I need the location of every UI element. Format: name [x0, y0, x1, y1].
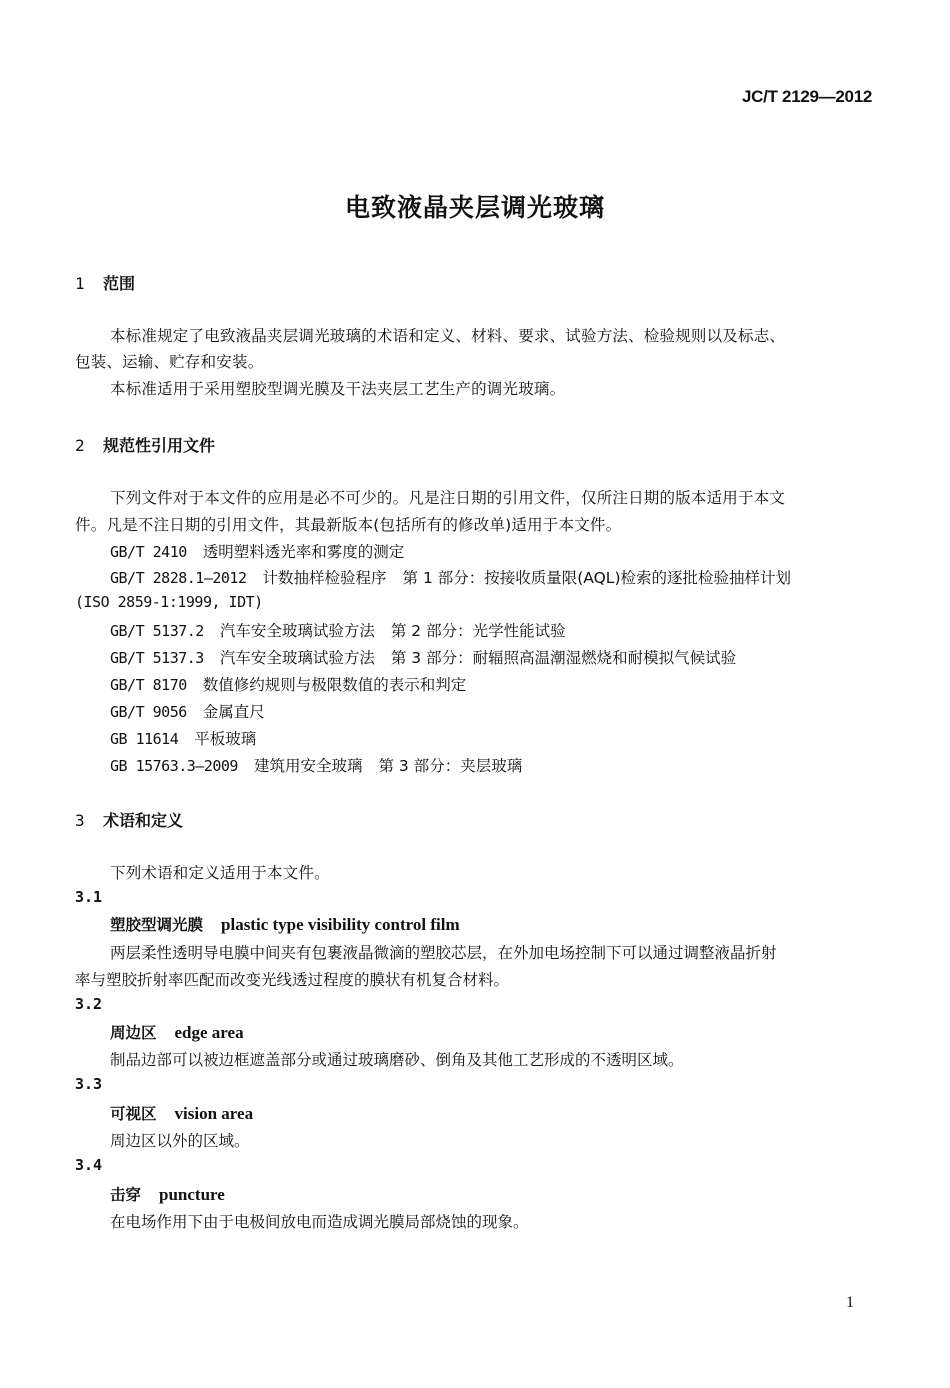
term-zh: 塑胶型调光膜 [110, 916, 203, 934]
reference-title: 数值修约规则与极限数值的表示和判定 [203, 676, 467, 694]
reference-part: 第 3 部分：夹层玻璃 [378, 757, 522, 775]
reference-item: GB 11614平板玻璃 [110, 727, 256, 749]
section-title: 术语和定义 [103, 811, 183, 830]
term-heading: 周边区edge area [110, 1021, 244, 1043]
term-en: edge area [175, 1023, 244, 1042]
reference-part: 第 2 部分：光学性能试验 [391, 622, 566, 640]
reference-item: GB/T 2410透明塑料透光率和雾度的测定 [110, 540, 404, 562]
reference-title: 平板玻璃 [194, 730, 256, 748]
section-number: 2 [75, 436, 103, 455]
reference-title: 建筑用安全玻璃 [254, 757, 363, 775]
reference-code: GB/T 5137.3 [110, 649, 204, 667]
term-definition: 制品边部可以被边框遮盖部分或通过玻璃磨砂、倒角及其他工艺形成的不透明区域。 [110, 1048, 684, 1070]
clause-number: 3.1 [75, 888, 102, 906]
term-heading: 击穿puncture [110, 1183, 225, 1205]
terms-intro: 下列术语和定义适用于本文件。 [110, 861, 330, 883]
reference-item: GB/T 8170数值修约规则与极限数值的表示和判定 [110, 673, 466, 695]
section-title: 规范性引用文件 [103, 436, 215, 455]
reference-title: 汽车安全玻璃试验方法 [220, 622, 375, 640]
reference-code: GB 11614 [110, 730, 178, 748]
term-definition-continued: 率与塑胶折射率匹配而改变光线透过程度的膜状有机复合材料。 [75, 968, 509, 990]
reference-item: GB/T 9056金属直尺 [110, 700, 265, 722]
term-definition: 周边区以外的区域。 [110, 1129, 250, 1151]
reference-continuation: (ISO 2859-1:1999, IDT) [75, 593, 263, 611]
section-number: 3 [75, 811, 103, 830]
term-definition: 两层柔性透明导电膜中间夹有包裹液晶微滴的塑胶芯层，在外加电场控制下可以通过调整液… [110, 941, 777, 963]
term-en: puncture [159, 1185, 225, 1204]
standard-code: JC/T 2129—2012 [742, 87, 872, 107]
clause-number: 3.3 [75, 1075, 102, 1093]
clause-number: 3.4 [75, 1156, 102, 1174]
reference-code: GB 15763.3—2009 [110, 757, 238, 775]
reference-item: GB 15763.3—2009建筑用安全玻璃第 3 部分：夹层玻璃 [110, 754, 522, 776]
reference-part: 第 3 部分：耐辐照高温潮湿燃烧和耐模拟气候试验 [391, 649, 736, 667]
reference-item: GB/T 5137.2汽车安全玻璃试验方法第 2 部分：光学性能试验 [110, 619, 566, 641]
term-en: vision area [175, 1104, 254, 1123]
term-en: plastic type visibility control film [221, 915, 460, 934]
scope-paragraph-1-line-1: 本标准规定了电致液晶夹层调光玻璃的术语和定义、材料、要求、试验方法、检验规则以及… [110, 324, 785, 346]
section-3-heading: 3术语和定义 [75, 808, 183, 831]
section-title: 范围 [103, 274, 135, 293]
section-number: 1 [75, 274, 103, 293]
reference-code: GB/T 2828.1—2012 [110, 569, 247, 587]
reference-title: 汽车安全玻璃试验方法 [220, 649, 375, 667]
reference-part: 第 1 部分：按接收质量限(AQL)检索的逐批检验抽样计划 [403, 569, 791, 587]
reference-item: GB/T 5137.3汽车安全玻璃试验方法第 3 部分：耐辐照高温潮湿燃烧和耐模… [110, 646, 736, 668]
reference-code: GB/T 8170 [110, 676, 187, 694]
reference-code: GB/T 9056 [110, 703, 187, 721]
term-heading: 可视区vision area [110, 1102, 253, 1124]
reference-title: 金属直尺 [203, 703, 265, 721]
term-definition: 在电场作用下由于电极间放电而造成调光膜局部烧蚀的现象。 [110, 1210, 529, 1232]
term-zh: 击穿 [110, 1186, 141, 1204]
references-intro-line-2: 件。凡是不注日期的引用文件，其最新版本(包括所有的修改单)适用于本文件。 [75, 513, 621, 535]
page-number: 1 [846, 1294, 854, 1312]
reference-item: GB/T 2828.1—2012计数抽样检验程序第 1 部分：按接收质量限(AQ… [110, 566, 791, 588]
reference-code: GB/T 5137.2 [110, 622, 204, 640]
section-2-heading: 2规范性引用文件 [75, 433, 215, 456]
reference-title: 透明塑料透光率和雾度的测定 [203, 543, 405, 561]
references-intro-line-1: 下列文件对于本文件的应用是必不可少的。凡是注日期的引用文件，仅所注日期的版本适用… [110, 486, 785, 508]
section-1-heading: 1范围 [75, 271, 135, 294]
reference-code: GB/T 2410 [110, 543, 187, 561]
document-title: 电致液晶夹层调光玻璃 [0, 188, 950, 224]
term-zh: 周边区 [110, 1024, 157, 1042]
term-zh: 可视区 [110, 1105, 157, 1123]
reference-title: 计数抽样检验程序 [263, 569, 387, 587]
scope-paragraph-2: 本标准适用于采用塑胶型调光膜及干法夹层工艺生产的调光玻璃。 [110, 377, 565, 399]
term-heading: 塑胶型调光膜plastic type visibility control fi… [110, 913, 460, 935]
clause-number: 3.2 [75, 995, 102, 1013]
scope-paragraph-1-line-2: 包装、运输、贮存和安装。 [75, 350, 263, 372]
